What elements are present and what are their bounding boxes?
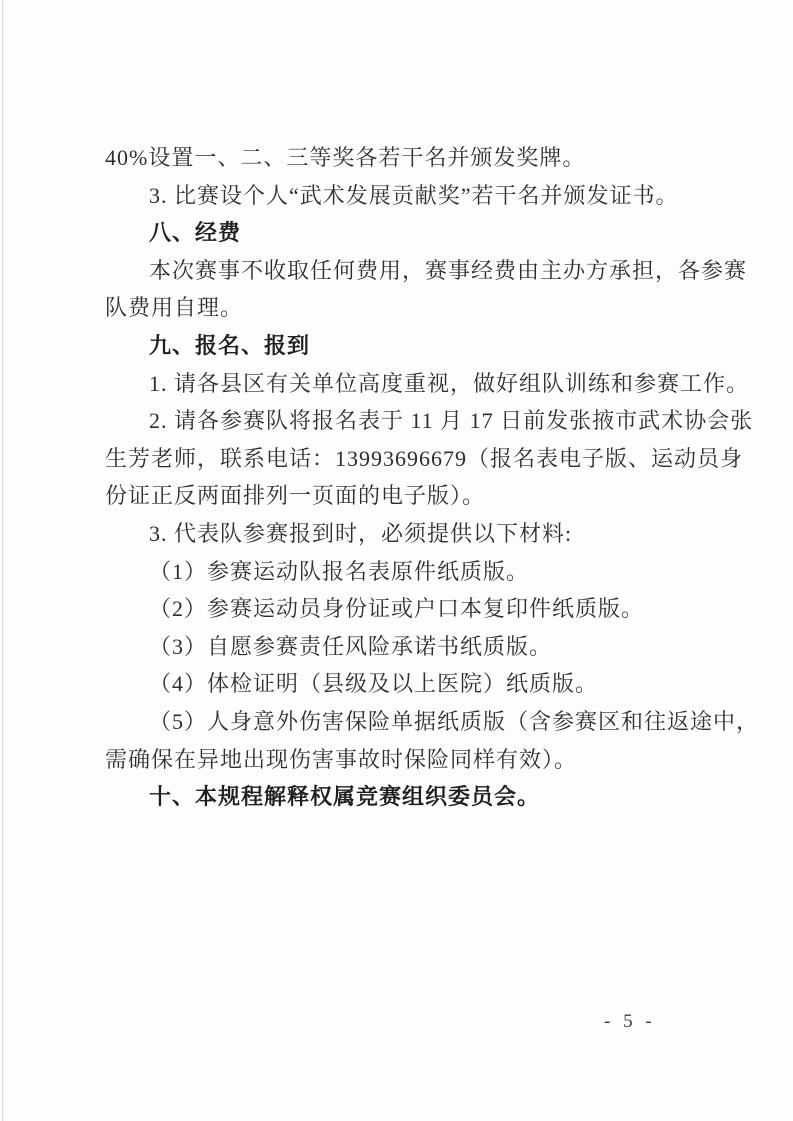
document-line: 2. 请各参赛队将报名表于 11 月 17 日前发张掖市武术协会张	[105, 402, 740, 440]
document-line: 1. 请各县区有关单位高度重视，做好组队训练和参赛工作。	[105, 365, 740, 403]
document-line: 需确保在异地出现伤害事故时保险同样有效）。	[105, 741, 740, 779]
document-line: 份证正反两面排列一页面的电子版）。	[105, 477, 740, 515]
document-line: 队费用自理。	[105, 289, 740, 327]
section-heading: 十、本规程解释权属竞赛组织委员会。	[105, 778, 740, 816]
document-line: 40%设置一、二、三等奖各若干名并颁发奖牌。	[105, 139, 740, 177]
section-heading: 九、报名、报到	[105, 327, 740, 365]
section-heading: 八、经费	[105, 214, 740, 252]
document-line: 3. 比赛设个人“武术发展贡献奖”若干名并颁发证书。	[105, 177, 740, 215]
page-number: - 5 -	[604, 1011, 656, 1033]
document-line: （1）参赛运动队报名表原件纸质版。	[105, 553, 740, 591]
document-line: （5）人身意外伤害保险单据纸质版（含参赛区和往返途中，	[105, 703, 740, 741]
document-line: （3）自愿参赛责任风险承诺书纸质版。	[105, 628, 740, 666]
document-line: 生芳老师，联系电话：13993696679（报名表电子版、运动员身	[105, 440, 740, 478]
document-line: （4）体检证明（县级及以上医院）纸质版。	[105, 665, 740, 703]
document-line: 3. 代表队参赛报到时，必须提供以下材料:	[105, 515, 740, 553]
document-line: 本次赛事不收取任何费用，赛事经费由主办方承担，各参赛	[105, 252, 740, 290]
scan-edge-artifact	[2, 0, 3, 1121]
document-body: 40%设置一、二、三等奖各若干名并颁发奖牌。3. 比赛设个人“武术发展贡献奖”若…	[105, 139, 740, 816]
document-line: （2）参赛运动员身份证或户口本复印件纸质版。	[105, 590, 740, 628]
scanned-document-page: 40%设置一、二、三等奖各若干名并颁发奖牌。3. 比赛设个人“武术发展贡献奖”若…	[0, 0, 793, 1121]
